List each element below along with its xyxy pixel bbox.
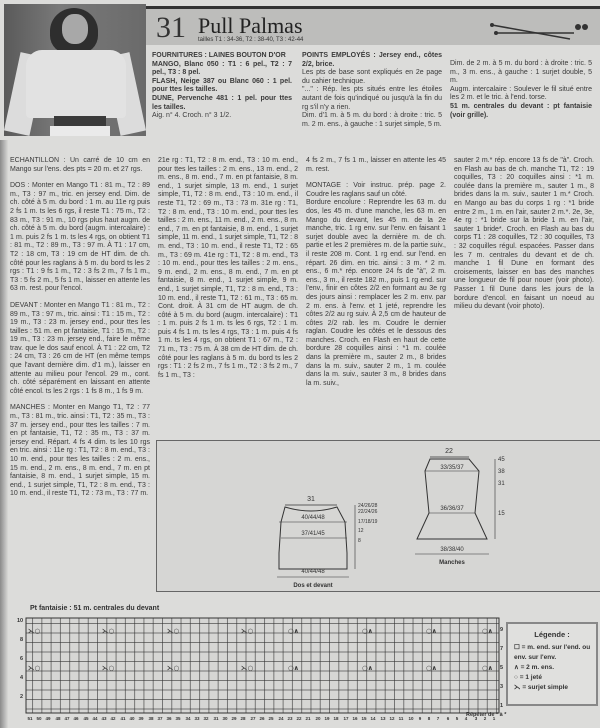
svg-text:38: 38	[498, 469, 505, 475]
svg-text:⋋○: ⋋○	[102, 664, 115, 672]
svg-text:16: 16	[352, 716, 358, 721]
pattern-header: 31 Pull Palmas tailles T1 : 34-36, T2 : …	[146, 6, 600, 45]
svg-text:37: 37	[157, 716, 163, 721]
svg-text:47: 47	[64, 716, 70, 721]
svg-text:23: 23	[287, 716, 293, 721]
svg-text:9: 9	[419, 716, 422, 721]
model-photo	[4, 4, 146, 136]
points-line: 51 m. centrales du devant : pt fantaisie…	[450, 103, 592, 120]
points-line: Les pts de base sont expliqués en 2e pag…	[302, 69, 442, 86]
fournitures-line: Aig. n° 4. Croch. n° 3 1/2.	[152, 112, 292, 121]
svg-text:33: 33	[194, 716, 200, 721]
pattern-title: Pull Palmas	[198, 13, 303, 39]
pattern-number: 31	[156, 11, 186, 45]
svg-text:○∧: ○∧	[482, 627, 493, 635]
svg-text:2: 2	[20, 694, 23, 700]
svg-text:6: 6	[447, 716, 450, 721]
points-section-cont: Dim. de 2 m. à 5 m. du bord : à droite :…	[450, 60, 592, 120]
svg-text:10: 10	[408, 716, 414, 721]
chart-title: Pt fantaisie : 51 m. centrales du devant	[30, 605, 159, 612]
svg-text:40/44/48: 40/44/48	[301, 569, 325, 575]
column-4: sauter 2 m.* rép. encore 13 fs de "à". C…	[454, 157, 594, 312]
svg-text:29: 29	[231, 716, 237, 721]
points-line: Dim. de 2 m. à 5 m. du bord : à droite :…	[450, 60, 592, 86]
svg-text:⋋○: ⋋○	[28, 627, 41, 635]
svg-text:⋋○: ⋋○	[28, 664, 41, 672]
fournitures-line: DUNE, Pervenche 481 : 1 pel. pour ttes l…	[152, 95, 292, 112]
svg-text:⋋○: ⋋○	[241, 664, 254, 672]
knitting-needles-icon	[488, 17, 588, 41]
svg-text:40/44/48: 40/44/48	[301, 515, 325, 521]
svg-text:31: 31	[213, 716, 219, 721]
svg-text:20: 20	[315, 716, 321, 721]
montage-section: MONTAGE : Voir instruc. prép. page 2. Co…	[306, 182, 446, 199]
dos-section: DOS : Monter en Mango T1 : 81 m., T2 : 8…	[10, 182, 150, 294]
svg-text:○∧: ○∧	[288, 627, 299, 635]
fournitures-line: FLASH, Neige 387 ou Blanc 060 : 1 pel. p…	[152, 78, 292, 95]
svg-text:36: 36	[166, 716, 172, 721]
fournitures-label: FOURNITURES : LAINES BOUTON D'OR	[152, 52, 292, 61]
svg-text:18: 18	[333, 716, 339, 721]
svg-text:3: 3	[500, 684, 503, 690]
svg-text:32: 32	[203, 716, 209, 721]
pattern-sizes: tailles T1 : 34-36, T2 : 38-40, T3 : 42-…	[198, 37, 303, 43]
svg-text:36/36/37: 36/36/37	[440, 506, 464, 512]
svg-text:4: 4	[20, 675, 24, 681]
svg-text:19: 19	[324, 716, 330, 721]
svg-text:1: 1	[500, 703, 503, 709]
body-schematic: 31 40/44/48 37/41/45 40/44/48 Dos et dev…	[277, 496, 378, 589]
svg-text:22: 22	[445, 448, 453, 455]
svg-text:22: 22	[296, 716, 302, 721]
svg-text:14: 14	[370, 716, 376, 721]
svg-text:○∧: ○∧	[362, 627, 373, 635]
svg-text:Manches: Manches	[439, 560, 465, 566]
svg-text:46: 46	[73, 716, 79, 721]
points-section: POINTS EMPLOYÉS : Jersey end., côtes 2/2…	[302, 52, 442, 129]
svg-text:34: 34	[185, 716, 191, 721]
svg-text:17/18/19: 17/18/19	[358, 519, 378, 525]
bordure-section: Bordure encolure : Reprendre les 63 m. d…	[306, 199, 446, 388]
svg-text:⋋○: ⋋○	[167, 627, 180, 635]
fournitures-section: FOURNITURES : LAINES BOUTON D'OR MANGO, …	[152, 52, 292, 121]
fournitures-line: MANGO, Blanc 050 : T1 : 6 pel., T2 : 7 p…	[152, 61, 292, 78]
svg-text:17: 17	[343, 716, 349, 721]
svg-text:50: 50	[36, 716, 42, 721]
svg-text:31: 31	[498, 481, 505, 487]
finitions-section: sauter 2 m.* rép. encore 13 fs de "à". C…	[454, 157, 594, 312]
svg-text:38: 38	[148, 716, 154, 721]
svg-text:⋋○: ⋋○	[241, 627, 254, 635]
svg-text:26: 26	[259, 716, 265, 721]
legend-item-yo: ○ = 1 jeté	[508, 673, 596, 683]
svg-text:48: 48	[55, 716, 61, 721]
svg-text:○∧: ○∧	[426, 627, 437, 635]
svg-text:22/24/26: 22/24/26	[358, 509, 378, 515]
svg-text:45: 45	[83, 716, 89, 721]
manches-rows-section: 21e rg : T1, T2 : 8 m. end., T3 : 10 m. …	[158, 157, 298, 380]
svg-text:31: 31	[307, 496, 315, 503]
svg-text:10: 10	[17, 618, 23, 624]
page-edge-shadow	[0, 140, 8, 728]
svg-text:42: 42	[110, 716, 116, 721]
svg-text:9: 9	[500, 627, 503, 633]
svg-text:44: 44	[92, 716, 98, 721]
legend-item-skp: ⋋ = surjet simple	[508, 683, 596, 693]
svg-text:24: 24	[278, 716, 284, 721]
devant-section: DEVANT : Monter en Mango T1 : 81 m., T2 …	[10, 302, 150, 397]
svg-text:13: 13	[380, 716, 386, 721]
svg-text:51: 51	[27, 716, 33, 721]
points-label: POINTS EMPLOYÉS : Jersey end., côtes 2/2…	[302, 52, 442, 69]
svg-text:30: 30	[222, 716, 228, 721]
pattern-page: 31 Pull Palmas tailles T1 : 34-36, T2 : …	[0, 0, 600, 728]
svg-text:7: 7	[437, 716, 440, 721]
svg-text:7: 7	[500, 646, 503, 652]
column-3: 4 fs 2 m., 7 fs 1 m., laisser en attente…	[306, 157, 446, 388]
svg-text:5: 5	[500, 665, 503, 671]
svg-text:⋋○: ⋋○	[167, 664, 180, 672]
svg-text:6: 6	[20, 656, 23, 662]
svg-text:37/41/45: 37/41/45	[301, 531, 325, 537]
svg-text:40: 40	[129, 716, 135, 721]
svg-text:43: 43	[101, 716, 107, 721]
svg-text:5: 5	[456, 716, 459, 721]
svg-text:12: 12	[389, 716, 395, 721]
svg-text:39: 39	[138, 716, 144, 721]
svg-text:12: 12	[358, 528, 364, 534]
echantillon-section: ECHANTILLON : Un carré de 10 cm en Mango…	[10, 157, 150, 174]
sleeve-schematic: 22 33/35/37 36/36/37 38/38/40 Manches 45…	[415, 448, 505, 566]
svg-text:⋋○: ⋋○	[102, 627, 115, 635]
svg-text:15: 15	[498, 511, 505, 517]
schematic-diagrams: 31 40/44/48 37/41/45 40/44/48 Dos et dev…	[156, 440, 600, 592]
svg-text:45: 45	[498, 457, 505, 463]
svg-text:27: 27	[250, 716, 256, 721]
column-1: ECHANTILLON : Un carré de 10 cm en Mango…	[10, 157, 150, 507]
schematic-svg: 31 40/44/48 37/41/45 40/44/48 Dos et dev…	[157, 441, 600, 591]
svg-text:25: 25	[268, 716, 274, 721]
legend-item-k2tog: ∧ = 2 m. ens.	[508, 663, 596, 673]
svg-text:8: 8	[358, 538, 361, 544]
caret-icon: ∧	[514, 664, 521, 671]
points-line: "..." : Rép. les pts situés entre les ét…	[302, 86, 442, 112]
svg-text:15: 15	[361, 716, 367, 721]
manches-section: MANCHES : Monter en Mango T1, T2 : 77 m.…	[10, 404, 150, 499]
svg-text:○∧: ○∧	[362, 664, 373, 672]
svg-text:8: 8	[428, 716, 431, 721]
svg-text:49: 49	[45, 716, 51, 721]
column-2: 21e rg : T1, T2 : 8 m. end., T3 : 10 m. …	[158, 157, 298, 380]
svg-text:11: 11	[399, 716, 404, 721]
points-line: Augm. intercalaire : Soulever le fil sit…	[450, 86, 592, 103]
svg-text:28: 28	[240, 716, 246, 721]
repeat-note: Répéter de * à *	[466, 712, 506, 718]
svg-text:38/38/40: 38/38/40	[440, 547, 464, 553]
legend-item-knit: ☐ = m. end. sur l'end. ou env. sur l'env…	[508, 643, 596, 663]
svg-text:41: 41	[120, 716, 126, 721]
chart-legend: Légende : ☐ = m. end. sur l'end. ou env.…	[506, 622, 598, 706]
points-line: Dim. d'1 m. à 5 m. du bord : à droite : …	[302, 112, 442, 129]
empty-square-icon: ☐	[514, 644, 522, 651]
svg-text:Dos et devant: Dos et devant	[293, 583, 332, 589]
svg-text:21: 21	[305, 716, 311, 721]
raglan-cont: 4 fs 2 m., 7 fs 1 m., laisser en attente…	[306, 157, 446, 174]
svg-text:8: 8	[20, 637, 23, 643]
svg-text:35: 35	[175, 716, 181, 721]
svg-text:○∧: ○∧	[288, 664, 299, 672]
legend-title: Légende :	[508, 630, 596, 639]
svg-text:○∧: ○∧	[482, 664, 493, 672]
svg-text:○∧: ○∧	[426, 664, 437, 672]
svg-text:33/35/37: 33/35/37	[440, 465, 464, 471]
stitch-chart-grid: 108642 97 531 ⋋○⋋○⋋○⋋○○∧ ○∧○∧○∧ ⋋○⋋○⋋○⋋○…	[14, 614, 504, 722]
